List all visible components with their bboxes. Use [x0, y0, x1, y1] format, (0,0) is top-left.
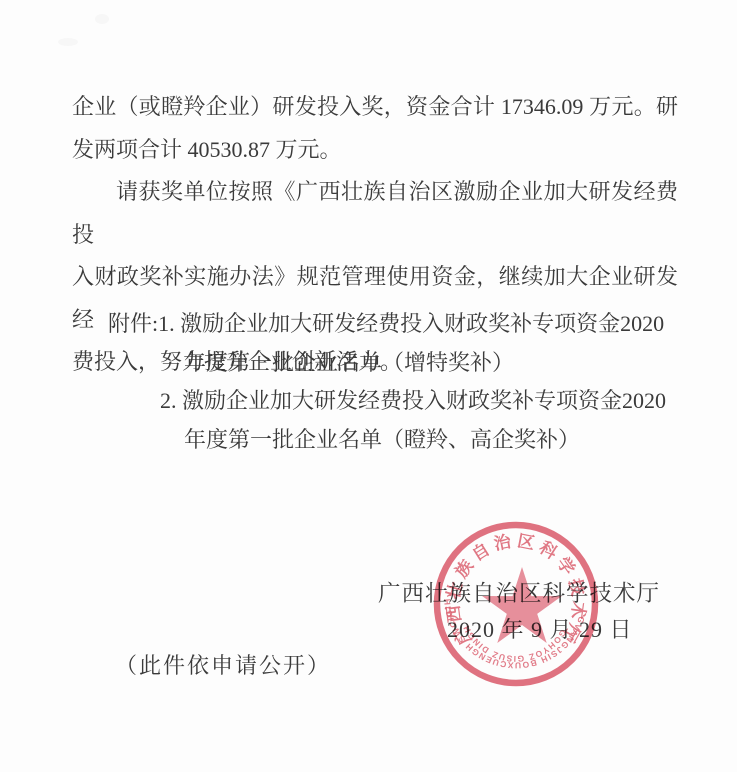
attachment-item-2-line-2: 年度第一批企业名单（瞪羚、高企奖补）	[184, 421, 680, 460]
official-seal-graphic: 广西壮族自治区科学技术厅 GVANGJSIH BOUXCUENGH SWCIGI…	[428, 516, 604, 692]
official-seal: 广西壮族自治区科学技术厅 GVANGJSIH BOUXCUENGH SWCIGI…	[428, 516, 604, 692]
scanned-document-page: 企业（或瞪羚企业）研发投入奖，资金合计 17346.09 万元。研 发两项合计 …	[0, 0, 737, 772]
scan-smudge	[95, 14, 109, 24]
attachment-label: 附件:	[108, 305, 158, 344]
attachment-item-1-line-2: 年度第一批企业名单（增特奖补）	[184, 344, 680, 383]
attachment-list: 附件: 1. 激励企业加大研发经费投入财政奖补专项资金2020 年度第一批企业名…	[108, 305, 680, 459]
body-line: 发两项合计 40530.87 万元。	[72, 129, 678, 172]
disclosure-note: （此件依申请公开）	[115, 649, 331, 680]
star-icon	[482, 567, 562, 643]
attachment-item-2-line-1: 2. 激励企业加大研发经费投入财政奖补专项资金2020	[160, 382, 680, 421]
attachment-item-1: 附件: 1. 激励企业加大研发经费投入财政奖补专项资金2020	[108, 305, 680, 344]
body-line: 请获奖单位按照《广西壮族自治区激励企业加大研发经费投	[72, 171, 678, 256]
body-line: 企业（或瞪羚企业）研发投入奖，资金合计 17346.09 万元。研	[72, 86, 678, 129]
attachment-item-1-line-1: 1. 激励企业加大研发经费投入财政奖补专项资金2020	[158, 305, 664, 344]
scan-smudge	[58, 38, 78, 46]
